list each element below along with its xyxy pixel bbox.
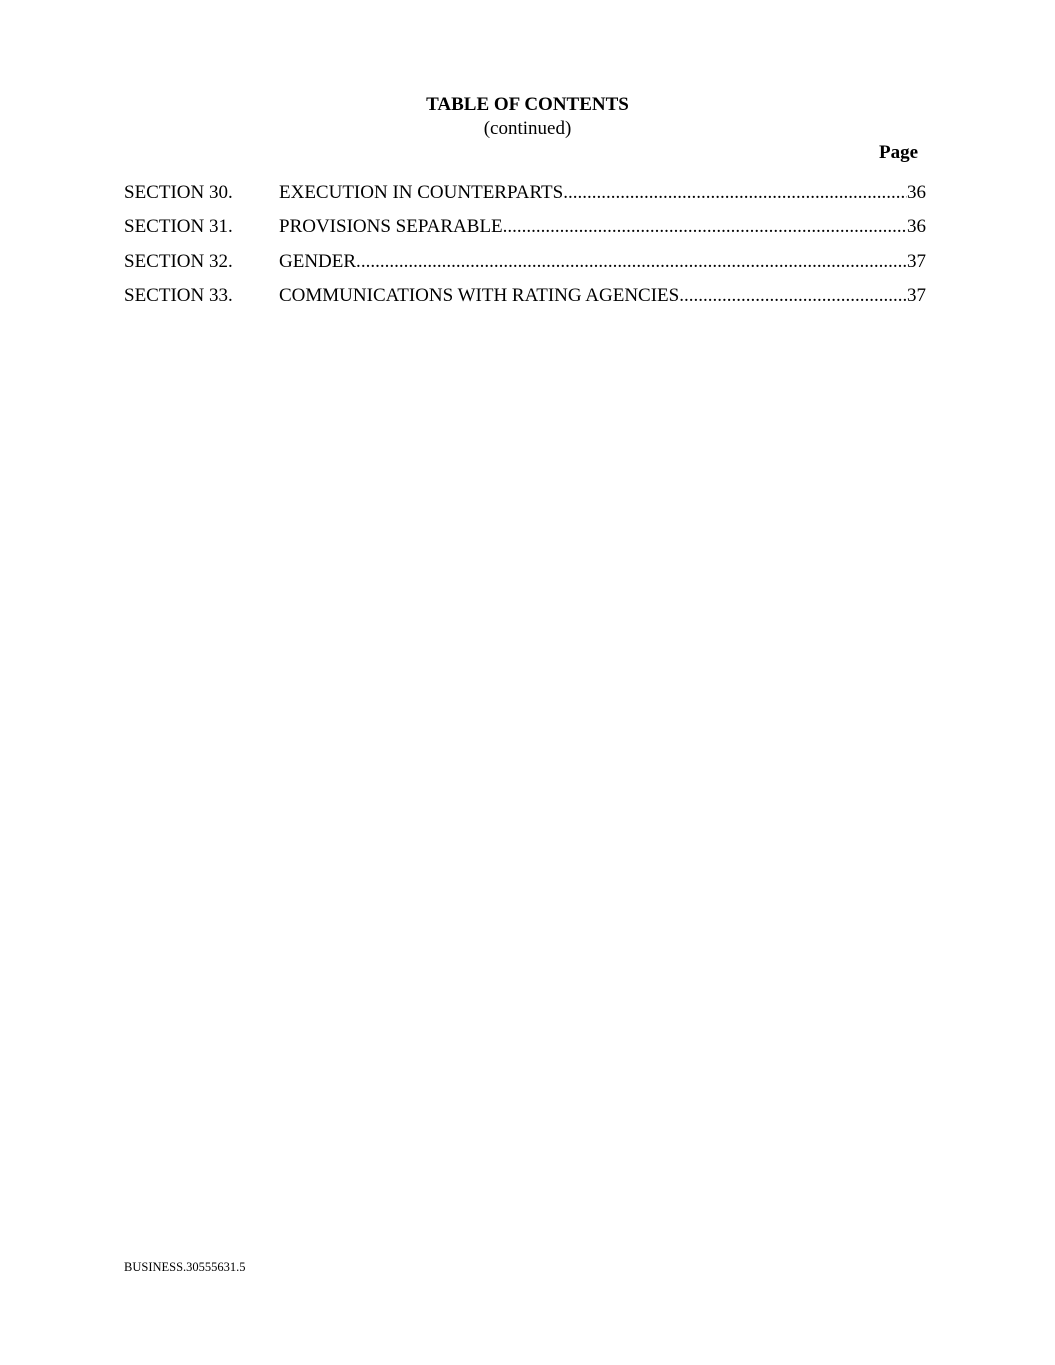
- page-number: 36: [907, 214, 926, 240]
- section-title: GENDER.: [279, 249, 361, 275]
- toc-list: SECTION 30. EXECUTION IN COUNTERPARTS 36…: [124, 180, 926, 317]
- page-column-label: Page: [879, 142, 918, 164]
- entry-line: EXECUTION IN COUNTERPARTS 36: [279, 180, 926, 206]
- dot-leader: [361, 249, 907, 275]
- section-number: SECTION 30.: [124, 180, 279, 206]
- section-title: COMMUNICATIONS WITH RATING AGENCIES: [279, 283, 679, 309]
- section-title: EXECUTION IN COUNTERPARTS: [279, 180, 563, 206]
- toc-entry[interactable]: SECTION 32. GENDER. 37: [124, 249, 926, 283]
- dot-leader: [563, 180, 907, 206]
- dot-leader: [507, 214, 907, 240]
- entry-line: GENDER. 37: [279, 249, 926, 275]
- section-number: SECTION 31.: [124, 214, 279, 240]
- entry-line: PROVISIONS SEPARABLE. 36: [279, 214, 926, 240]
- dot-leader: [679, 283, 907, 309]
- document-id: BUSINESS.30555631.5: [124, 1260, 246, 1275]
- toc-title: TABLE OF CONTENTS: [0, 94, 1055, 116]
- toc-entry[interactable]: SECTION 30. EXECUTION IN COUNTERPARTS 36: [124, 180, 926, 214]
- page-number: 36: [907, 180, 926, 206]
- toc-subtitle: (continued): [0, 118, 1055, 140]
- section-number: SECTION 33.: [124, 283, 279, 309]
- page-number: 37: [907, 249, 926, 275]
- entry-line: COMMUNICATIONS WITH RATING AGENCIES 37: [279, 283, 926, 309]
- toc-entry[interactable]: SECTION 31. PROVISIONS SEPARABLE. 36: [124, 214, 926, 248]
- toc-entry[interactable]: SECTION 33. COMMUNICATIONS WITH RATING A…: [124, 283, 926, 317]
- page-number: 37: [907, 283, 926, 309]
- section-number: SECTION 32.: [124, 249, 279, 275]
- section-title: PROVISIONS SEPARABLE.: [279, 214, 507, 240]
